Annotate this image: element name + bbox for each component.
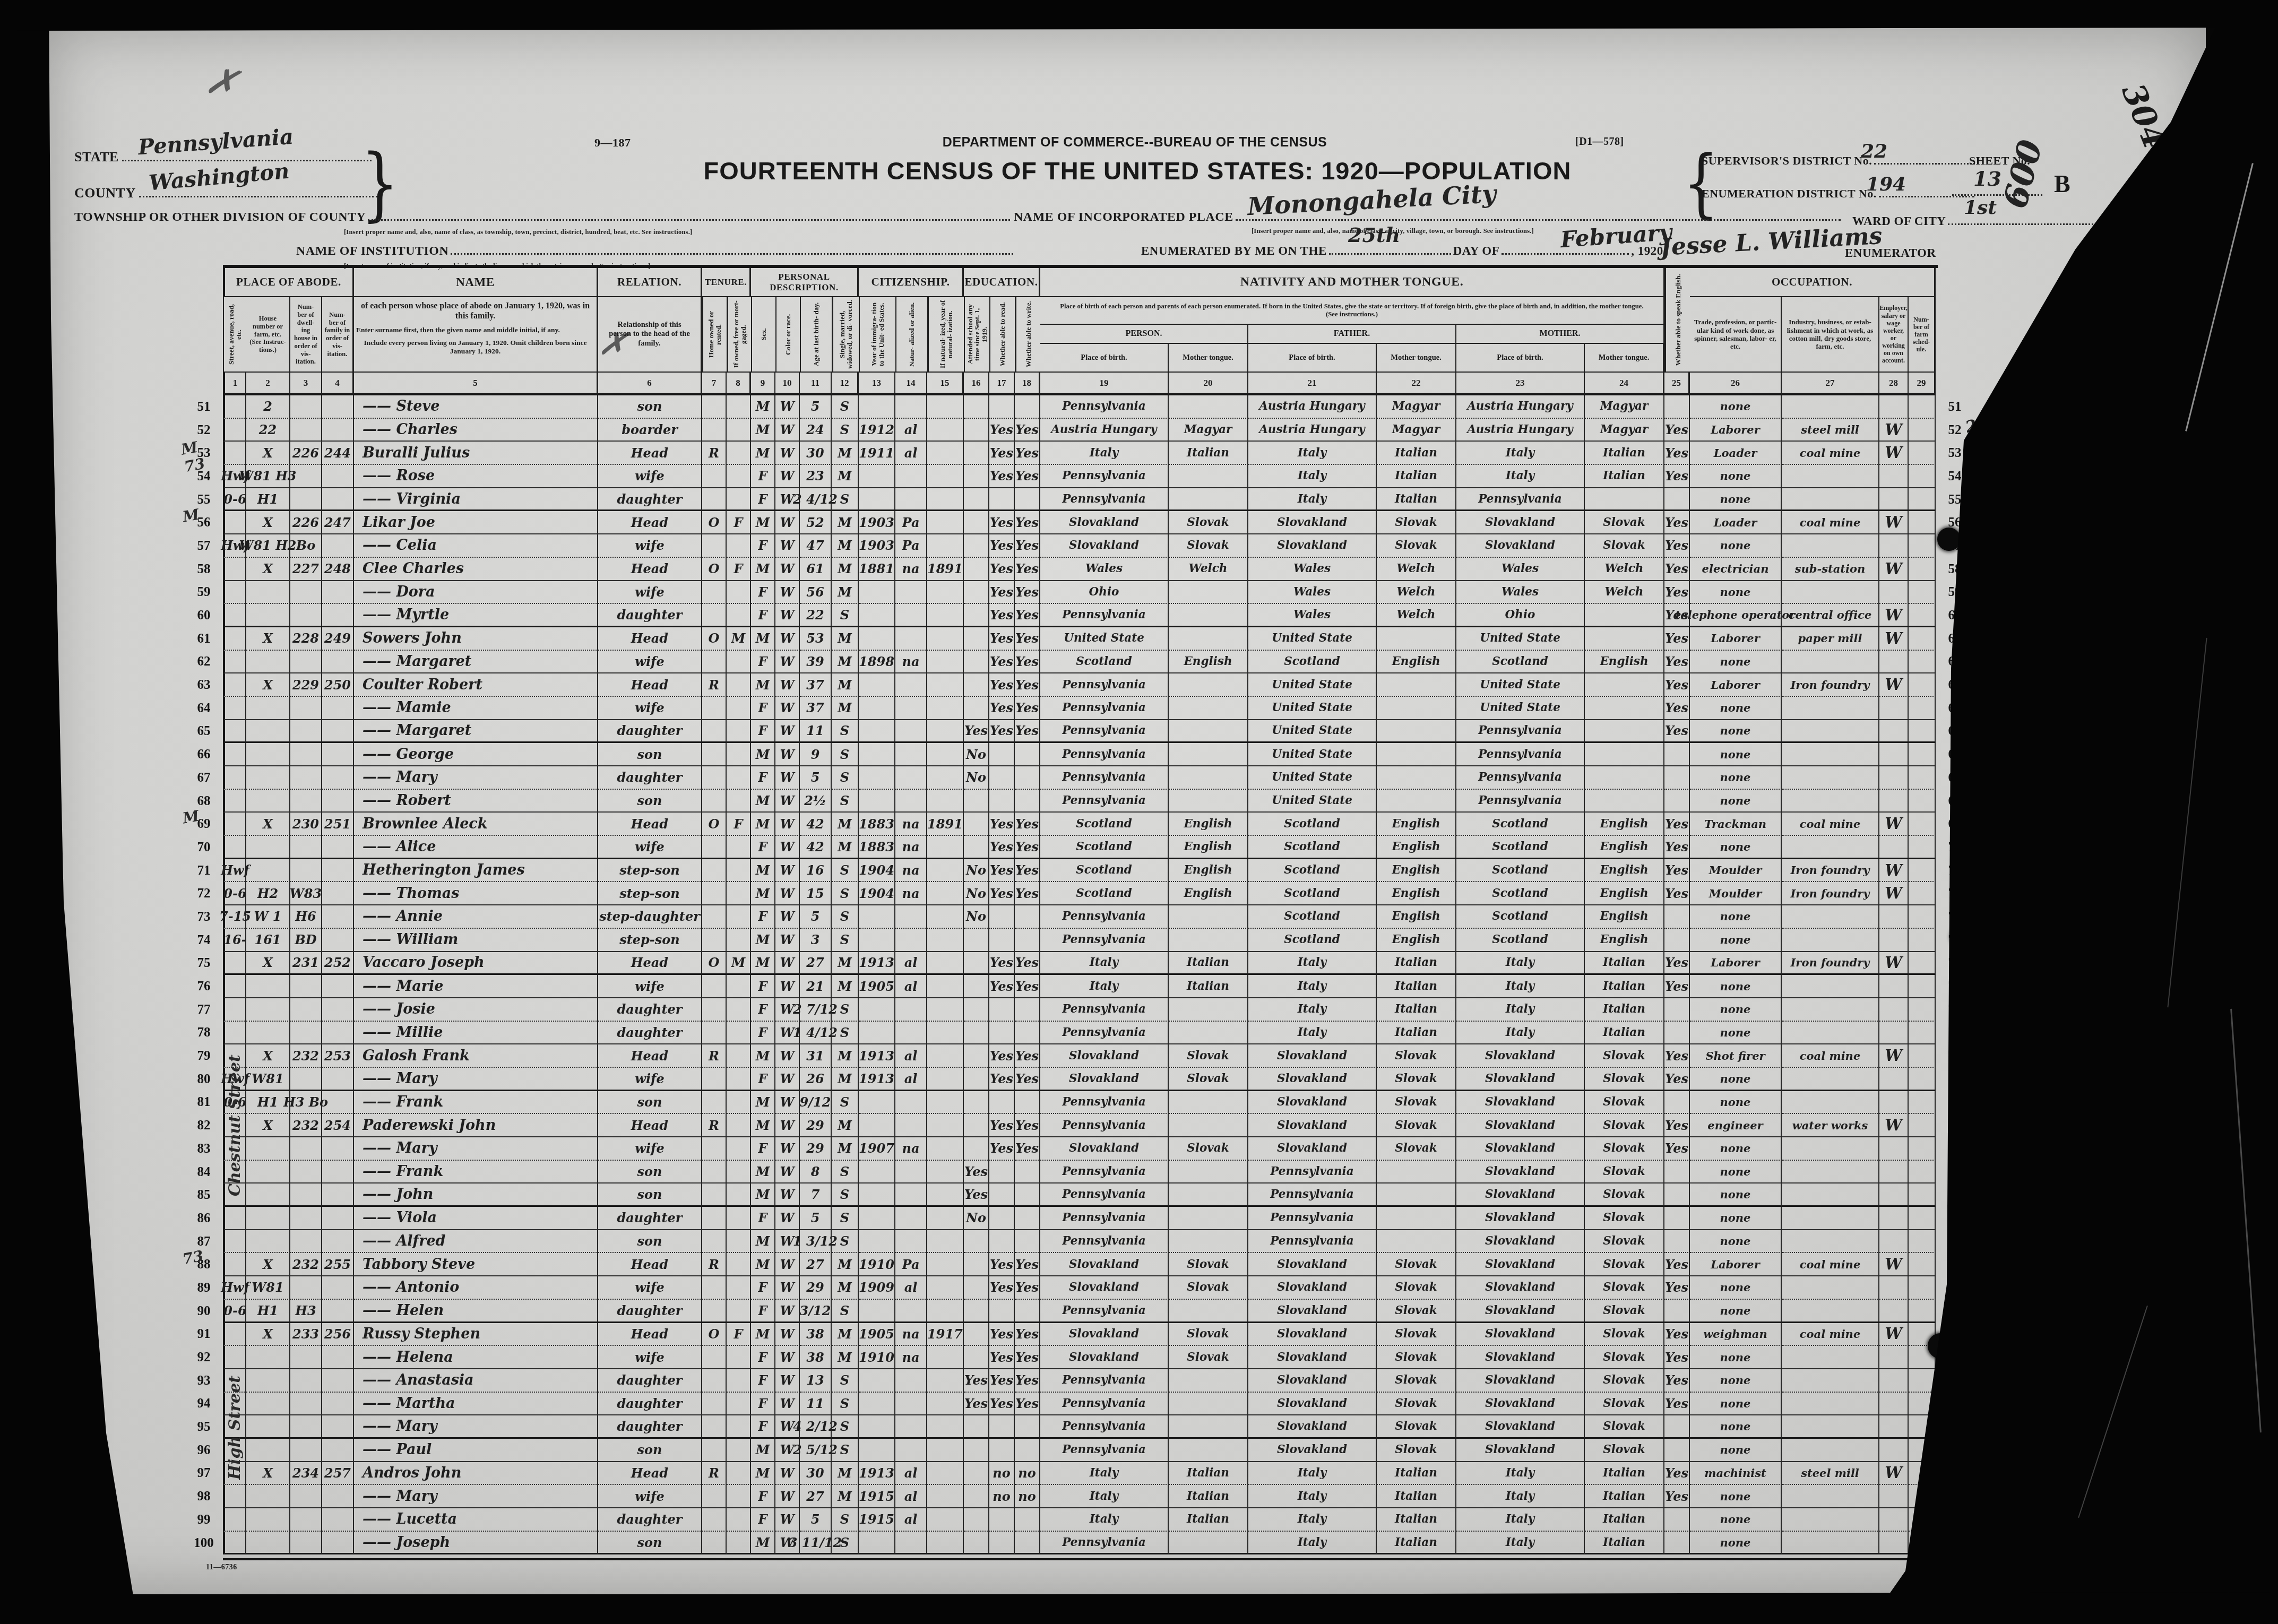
cell-col20-line75: Italian: [1169, 952, 1248, 975]
cell-col12-line67: S: [832, 766, 859, 790]
cell-col24-line53: Italian: [1585, 442, 1664, 465]
cell-col19-line90: Pennsylvania: [1040, 1300, 1169, 1323]
cell-col9-line71: M: [751, 859, 775, 883]
col-naturalization-year-label: If natural- ized, year of natural- izati…: [927, 297, 964, 372]
cell-col29-line82: [1909, 1114, 1936, 1137]
cell-col3-line71: [290, 859, 322, 883]
cell-col3-line60: [290, 604, 322, 627]
cell-col26-line92: none: [1690, 1346, 1782, 1369]
cell-col28-line56: W: [1879, 511, 1909, 534]
line-number-left: 94: [185, 1393, 223, 1416]
cell-col19-line95: Pennsylvania: [1040, 1415, 1169, 1439]
cell-col26-line94: none: [1690, 1393, 1782, 1416]
cell-col26-line58: electrician: [1690, 558, 1782, 581]
cell-col13-line57: 1903: [859, 534, 895, 558]
cell-col7-line67: [702, 766, 727, 790]
institution-label: NAME OF INSTITUTION: [296, 244, 448, 258]
cell-col18-line88: Yes: [1015, 1253, 1040, 1276]
cell-col3-line57: Bo: [290, 534, 322, 558]
cell-col12-line61: M: [832, 627, 859, 651]
cell-col23-line98: Italy: [1456, 1485, 1585, 1508]
line-number-left: 60: [185, 604, 223, 627]
cell-col19-line82: Pennsylvania: [1040, 1114, 1169, 1137]
cell-col20-line100: [1169, 1532, 1248, 1555]
cell-col3-line74: BD: [290, 929, 322, 952]
cell-col12-line97: M: [832, 1462, 859, 1485]
cell-col2-line93: [246, 1369, 290, 1393]
cell-col10-line51: W: [775, 395, 800, 419]
cell-col2-line100: [246, 1532, 290, 1555]
column-number: 11: [800, 372, 832, 395]
cell-col24-line61: [1585, 627, 1664, 651]
cell-col13-line76: 1905: [859, 975, 895, 998]
cell-col26-line65: none: [1690, 720, 1782, 744]
state-field: STATE Pennsylvania: [74, 148, 372, 165]
cell-col12-line71: S: [832, 859, 859, 883]
cell-col3-line89: [290, 1276, 322, 1300]
cell-col13-line88: 1910: [859, 1253, 895, 1276]
cell-col11-line63: 37: [800, 673, 832, 697]
cell-col6-line88: Head: [598, 1253, 702, 1276]
cell-col10-line89: W: [775, 1276, 800, 1300]
cell-col4-line80: [322, 1068, 354, 1091]
cell-col3-line100: [290, 1532, 322, 1555]
cell-col3-line75: 231: [290, 952, 322, 975]
cell-col27-line71: Iron foundry: [1782, 859, 1879, 883]
cell-col7-line83: [702, 1137, 727, 1161]
group-citizenship: CITIZENSHIP.: [859, 268, 964, 297]
cell-col9-line90: F: [751, 1300, 775, 1323]
cell-col7-line51: [702, 395, 727, 419]
cell-col3-line96: [290, 1439, 322, 1462]
cell-col28-line72: W: [1879, 882, 1909, 905]
cell-col12-line54: M: [832, 465, 859, 488]
cell-col25-line95: [1664, 1415, 1690, 1439]
cell-col15-line62: [927, 651, 964, 674]
cell-col7-line52: [702, 419, 727, 442]
line-number-left: 83: [185, 1137, 223, 1161]
cell-col8-line71: [727, 859, 751, 883]
cell-col4-line94: [322, 1393, 354, 1416]
column-number: 10: [775, 372, 800, 395]
cell-col6-line65: daughter: [598, 720, 702, 744]
cell-col25-line63: Yes: [1664, 673, 1690, 697]
cell-col2-line97: X: [246, 1462, 290, 1485]
cell-col24-line74: English: [1585, 929, 1664, 952]
cell-col3-line56: 226: [290, 511, 322, 534]
cell-col18-line78: [1015, 1022, 1040, 1045]
cell-col15-line54: [927, 465, 964, 488]
cell-col14-line52: al: [895, 419, 927, 442]
cell-col23-line67: Pennsylvania: [1456, 766, 1585, 790]
cell-col20-line94: [1169, 1393, 1248, 1416]
cell-col8-line82: [727, 1114, 751, 1137]
cell-col6-line81: son: [598, 1091, 702, 1115]
cell-col24-line65: [1585, 720, 1664, 744]
cell-col17-line92: Yes: [989, 1346, 1015, 1369]
cell-col6-line80: wife: [598, 1068, 702, 1091]
cell-col26-line79: Shot firer: [1690, 1044, 1782, 1068]
cell-col17-line87: [989, 1230, 1015, 1254]
cell-col28-line85: [1879, 1184, 1909, 1207]
col-naturalized-label: Natur- alized or alien.: [895, 297, 927, 372]
cell-col13-line81: [859, 1091, 895, 1115]
enumerated-day-line: [1329, 246, 1451, 255]
cell-col27-line60: central office: [1782, 604, 1879, 627]
cell-col2-line69: X: [246, 813, 290, 836]
cell-col5-line63: Coulter Robert: [354, 673, 598, 697]
cell-col26-line69: Trackman: [1690, 813, 1782, 836]
cell-col9-line77: F: [751, 998, 775, 1022]
cell-col18-line80: Yes: [1015, 1068, 1040, 1091]
cell-col17-line78: [989, 1022, 1015, 1045]
cell-col28-line51: [1879, 395, 1909, 419]
cell-col5-line54: —— Rose: [354, 465, 598, 488]
cell-col12-line95: S: [832, 1415, 859, 1439]
cell-col24-line92: Slovak: [1585, 1346, 1664, 1369]
cell-col29-line70: [1909, 836, 1936, 859]
cell-col4-line70: [322, 836, 354, 859]
cell-col11-line57: 47: [800, 534, 832, 558]
cell-col19-line88: Slovakland: [1040, 1253, 1169, 1276]
cell-col15-line90: [927, 1300, 964, 1323]
cell-col28-line88: W: [1879, 1253, 1909, 1276]
cell-col19-line93: Pennsylvania: [1040, 1369, 1169, 1393]
cell-col20-line69: English: [1169, 813, 1248, 836]
line-number-left: 76: [185, 975, 223, 998]
cell-col7-line55: [702, 488, 727, 512]
cell-col11-line51: 5: [800, 395, 832, 419]
cell-col13-line52: 1912: [859, 419, 895, 442]
cell-col24-line60: [1585, 604, 1664, 627]
cell-col21-line76: Italy: [1248, 975, 1377, 998]
cell-col29-line90: [1909, 1300, 1936, 1323]
cell-col18-line74: [1015, 929, 1040, 952]
cell-col22-line80: Slovak: [1377, 1068, 1456, 1091]
cell-col25-line57: Yes: [1664, 534, 1690, 558]
cell-col10-line52: W: [775, 419, 800, 442]
cell-col17-line71: Yes: [989, 859, 1015, 883]
cell-col26-line70: none: [1690, 836, 1782, 859]
cell-col14-line88: Pa: [895, 1253, 927, 1276]
cell-col9-line62: F: [751, 651, 775, 674]
cell-col14-line77: [895, 998, 927, 1022]
cell-col6-line59: wife: [598, 581, 702, 604]
cell-col3-line91: 233: [290, 1323, 322, 1346]
census-scan-page: { "header": { "form_number": "9—187", "d…: [0, 0, 2278, 1624]
cell-col13-line75: 1913: [859, 952, 895, 975]
cell-col29-line85: [1909, 1184, 1936, 1207]
cell-col3-line78: [290, 1022, 322, 1045]
left-margin-annotation: M: [181, 807, 200, 827]
cell-col24-line58: Welch: [1585, 558, 1664, 581]
cell-col25-line69: Yes: [1664, 813, 1690, 836]
cell-col16-line96: [964, 1439, 989, 1462]
cell-col23-line55: Pennsylvania: [1456, 488, 1585, 512]
cell-col14-line93: [895, 1369, 927, 1393]
cell-col25-line86: [1664, 1207, 1690, 1230]
cell-col7-line66: [702, 743, 727, 766]
cell-col19-line80: Slovakland: [1040, 1068, 1169, 1091]
cell-col13-line66: [859, 743, 895, 766]
col-relation-description: Relationship of this person to the head …: [598, 297, 702, 372]
cell-col27-line84: [1782, 1161, 1879, 1184]
cell-col29-line59: [1909, 581, 1936, 604]
cell-col12-line96: S: [832, 1439, 859, 1462]
cell-col2-line82: X: [246, 1114, 290, 1137]
cell-col12-line80: M: [832, 1068, 859, 1091]
cell-col20-line54: [1169, 465, 1248, 488]
cell-col25-line75: Yes: [1664, 952, 1690, 975]
cell-col3-line64: [290, 697, 322, 720]
col-family-label: Num- ber of family in order of vis- itat…: [322, 297, 354, 372]
cell-col25-line71: Yes: [1664, 859, 1690, 883]
cell-col24-line57: Slovak: [1585, 534, 1664, 558]
cell-col15-line91: 1917: [927, 1323, 964, 1346]
cell-col4-line98: [322, 1485, 354, 1508]
cell-col26-line83: none: [1690, 1137, 1782, 1161]
cell-col11-line82: 29: [800, 1114, 832, 1137]
col-dwelling-label: Num- ber of dwell- ing house in order of…: [290, 297, 322, 372]
cell-col4-line52: [322, 419, 354, 442]
cell-col11-line55: 2 4/12: [800, 488, 832, 512]
cell-col17-line88: Yes: [989, 1253, 1015, 1276]
cell-col8-line76: [727, 975, 751, 998]
cell-col20-line83: Slovak: [1169, 1137, 1248, 1161]
cell-col22-line90: Slovak: [1377, 1300, 1456, 1323]
line-number-left: 98: [185, 1485, 223, 1508]
cell-col12-line57: M: [832, 534, 859, 558]
cell-col5-line72: —— Thomas: [354, 882, 598, 905]
cell-col11-line97: 30: [800, 1462, 832, 1485]
cell-col7-line85: [702, 1184, 727, 1207]
cell-col8-line96: [727, 1439, 751, 1462]
cell-col6-line69: Head: [598, 813, 702, 836]
cell-col21-line81: Slovakland: [1248, 1091, 1377, 1115]
cell-col29-line60: [1909, 604, 1936, 627]
cell-col10-line64: W: [775, 697, 800, 720]
cell-col10-line57: W: [775, 534, 800, 558]
cell-col25-line87: [1664, 1230, 1690, 1254]
cell-col22-line92: Slovak: [1377, 1346, 1456, 1369]
cell-col7-line68: [702, 790, 727, 813]
cell-col21-line60: Wales: [1248, 604, 1377, 627]
cell-col29-line57: [1909, 534, 1936, 558]
column-number: 26: [1690, 372, 1782, 395]
cell-col28-line90: [1879, 1300, 1909, 1323]
cell-col4-line66: [322, 743, 354, 766]
cell-col11-line73: 5: [800, 905, 832, 929]
cell-col1-line71: Hwf: [223, 859, 246, 883]
cell-col17-line57: Yes: [989, 534, 1015, 558]
cell-col22-line89: Slovak: [1377, 1276, 1456, 1300]
cell-col9-line56: M: [751, 511, 775, 534]
cell-col9-line87: M: [751, 1230, 775, 1254]
cell-col22-line54: Italian: [1377, 465, 1456, 488]
cell-col2-line77: [246, 998, 290, 1022]
cell-col4-line96: [322, 1439, 354, 1462]
cell-col12-line81: S: [832, 1091, 859, 1115]
cell-col9-line82: M: [751, 1114, 775, 1137]
cell-col23-line53: Italy: [1456, 442, 1585, 465]
column-number: 5: [354, 372, 598, 395]
cell-col17-line56: Yes: [989, 511, 1015, 534]
cell-col25-line96: [1664, 1439, 1690, 1462]
cell-col9-line68: M: [751, 790, 775, 813]
cell-col23-line63: United State: [1456, 673, 1585, 697]
cell-col18-line100: [1015, 1532, 1040, 1555]
cell-col27-line86: [1782, 1207, 1879, 1230]
cell-col22-line83: Slovak: [1377, 1137, 1456, 1161]
cell-col1-line74: 16-: [223, 929, 246, 952]
cell-col16-line68: [964, 790, 989, 813]
cell-col15-line82: [927, 1114, 964, 1137]
line-number-left: 85: [185, 1184, 223, 1207]
cell-col7-line92: [702, 1346, 727, 1369]
cell-col14-line74: [895, 929, 927, 952]
cell-col7-line82: R: [702, 1114, 727, 1137]
cell-col5-line85: —— John: [354, 1184, 598, 1207]
cell-col16-line57: [964, 534, 989, 558]
cell-col17-line79: Yes: [989, 1044, 1015, 1068]
cell-col23-line85: Slovakland: [1456, 1184, 1585, 1207]
cell-col22-line82: Slovak: [1377, 1114, 1456, 1137]
cell-col3-line85: [290, 1184, 322, 1207]
cell-col12-line91: M: [832, 1323, 859, 1346]
cell-col27-line66: [1782, 743, 1879, 766]
cell-col29-line86: [1909, 1207, 1936, 1230]
cell-col24-line96: Slovak: [1585, 1439, 1664, 1462]
cell-col7-line78: [702, 1022, 727, 1045]
cell-col27-line75: Iron foundry: [1782, 952, 1879, 975]
cell-col29-line63: [1909, 673, 1936, 697]
cell-col28-line95: [1879, 1415, 1909, 1439]
cell-col10-line93: W: [775, 1369, 800, 1393]
cell-col3-line90: H3: [290, 1300, 322, 1323]
cell-col27-line92: [1782, 1346, 1879, 1369]
cell-col12-line51: S: [832, 395, 859, 419]
cell-col19-line59: Ohio: [1040, 581, 1169, 604]
cell-col27-line72: Iron foundry: [1782, 882, 1879, 905]
cell-col17-line58: Yes: [989, 558, 1015, 581]
cell-col10-line63: W: [775, 673, 800, 697]
cell-col14-line55: [895, 488, 927, 512]
cell-col29-line58: [1909, 558, 1936, 581]
cell-col16-line85: Yes: [964, 1184, 989, 1207]
cell-col10-line83: W: [775, 1137, 800, 1161]
cell-col19-line84: Pennsylvania: [1040, 1161, 1169, 1184]
cell-col29-line62: [1909, 651, 1936, 674]
cell-col18-line96: [1015, 1439, 1040, 1462]
cell-col11-line59: 56: [800, 581, 832, 604]
cell-col18-line87: [1015, 1230, 1040, 1254]
cell-col19-line77: Pennsylvania: [1040, 998, 1169, 1022]
cell-col13-line54: [859, 465, 895, 488]
cell-col7-line81: [702, 1091, 727, 1115]
cell-col21-line87: Pennsylvania: [1248, 1230, 1377, 1254]
cell-col11-line90: 3/12: [800, 1300, 832, 1323]
cell-col28-line60: W: [1879, 604, 1909, 627]
cell-col10-line67: W: [775, 766, 800, 790]
cell-col28-line89: [1879, 1276, 1909, 1300]
line-number-left: 8873: [185, 1253, 223, 1276]
cell-col8-line67: [727, 766, 751, 790]
cell-col26-line75: Laborer: [1690, 952, 1782, 975]
cell-col3-line59: [290, 581, 322, 604]
cell-col7-line56: O: [702, 511, 727, 534]
cell-col2-line60: [246, 604, 290, 627]
cell-col6-line52: boarder: [598, 419, 702, 442]
cell-col13-line68: [859, 790, 895, 813]
cell-col9-line59: F: [751, 581, 775, 604]
cell-col22-line51: Magyar: [1377, 395, 1456, 419]
cell-col26-line56: Loader: [1690, 511, 1782, 534]
cell-col8-line88: [727, 1253, 751, 1276]
cell-col29-line55: [1909, 488, 1936, 512]
cell-col18-line69: Yes: [1015, 813, 1040, 836]
cell-col13-line80: 1913: [859, 1068, 895, 1091]
cell-col28-line61: W: [1879, 627, 1909, 651]
cell-col25-line81: [1664, 1091, 1690, 1115]
cell-col5-line86: —— Viola: [354, 1207, 598, 1230]
cell-col8-line77: [727, 998, 751, 1022]
cell-col6-line89: wife: [598, 1276, 702, 1300]
institution-field: NAME OF INSTITUTION: [296, 244, 1013, 258]
cell-col7-line74: [702, 929, 727, 952]
cell-col14-line79: al: [895, 1044, 927, 1068]
cell-col21-line57: Slovakland: [1248, 534, 1377, 558]
cell-col17-line84: [989, 1161, 1015, 1184]
cell-col17-line65: Yes: [989, 720, 1015, 744]
cell-col20-line87: [1169, 1230, 1248, 1254]
cell-col24-line69: English: [1585, 813, 1664, 836]
cell-col14-line54: [895, 465, 927, 488]
cell-col21-line71: Scotland: [1248, 859, 1377, 883]
cell-col8-line78: [727, 1022, 751, 1045]
cell-col4-line100: [322, 1532, 354, 1555]
cell-col27-line52: steel mill: [1782, 419, 1879, 442]
ward-value: 1st: [1964, 196, 1997, 219]
cell-col19-line78: Pennsylvania: [1040, 1022, 1169, 1045]
cell-col1-line89: Hwf: [223, 1276, 246, 1300]
cell-col21-line84: Pennsylvania: [1248, 1161, 1377, 1184]
cell-col6-line96: son: [598, 1439, 702, 1462]
cell-col18-line84: [1015, 1161, 1040, 1184]
cell-col14-line62: na: [895, 651, 927, 674]
cell-col8-line93: [727, 1369, 751, 1393]
cell-col28-line59: [1879, 581, 1909, 604]
cell-col11-line67: 5: [800, 766, 832, 790]
cell-col22-line93: Slovak: [1377, 1369, 1456, 1393]
cell-col18-line82: Yes: [1015, 1114, 1040, 1137]
cell-col16-line83: [964, 1137, 989, 1161]
cell-col20-line63: [1169, 673, 1248, 697]
cell-col1-line90: 0-6: [223, 1300, 246, 1323]
cell-col16-line81: [964, 1091, 989, 1115]
cell-col20-line82: [1169, 1114, 1248, 1137]
cell-col28-line73: [1879, 905, 1909, 929]
cell-col23-line60: Ohio: [1456, 604, 1585, 627]
cell-col24-line52: Magyar: [1585, 419, 1664, 442]
cell-col20-line88: Slovak: [1169, 1253, 1248, 1276]
cell-col12-line93: S: [832, 1369, 859, 1393]
column-number: 17: [989, 372, 1015, 395]
cell-col18-line94: Yes: [1015, 1393, 1040, 1416]
cell-col8-line61: M: [727, 627, 751, 651]
line-number-left: 72: [185, 882, 223, 905]
cell-col2-line94: [246, 1393, 290, 1416]
group-occupation: OCCUPATION.: [1690, 268, 1936, 297]
